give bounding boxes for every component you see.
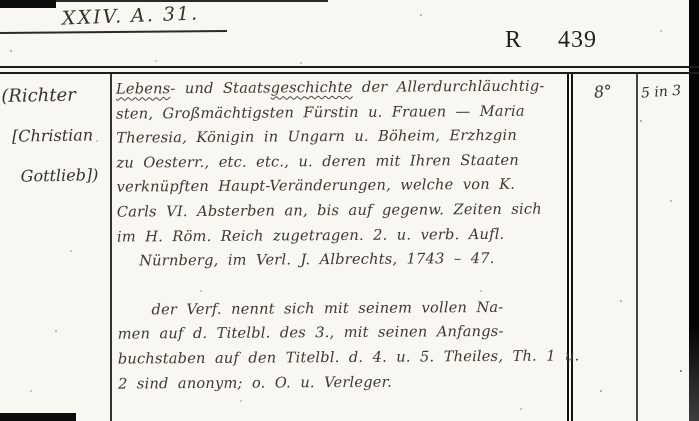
- author-line: [Christian: [2, 115, 108, 157]
- header-double-rule: [0, 66, 699, 74]
- catalog-card: XXIV. A. 31. R439 (Richter[ChristianGott…: [0, 0, 699, 421]
- shelfmark-underline: [0, 30, 227, 34]
- author-line: Gottlieb]): [2, 155, 108, 197]
- scan-noise-speckles: [0, 0, 2, 2]
- text-line: 2 sind anonym; o. O. u. Verleger.: [118, 369, 568, 397]
- text-line: men auf d. Titelbl. des 3., mit seinen A…: [118, 320, 568, 348]
- text-line: Lebens- und Staatsgeschichte der Allerdu…: [116, 74, 566, 102]
- text-line: Theresia, Königin in Ungarn u. Böheim, E…: [116, 124, 566, 152]
- text-line: Carls VI. Absterben an, bis auf gegenw. …: [117, 197, 567, 225]
- author-line: (Richter: [1, 75, 107, 117]
- text-line: buchstaben auf den Titelbl. d. 4. u. 5. …: [118, 344, 568, 372]
- scan-artifact-bottom-bar: [0, 413, 76, 421]
- text-segment: der Allerdurchläuchtig-: [352, 78, 544, 96]
- main-text: Lebens- und Staatsgeschichte der Allerdu…: [116, 74, 568, 396]
- volumes-cell: 5 in 3: [640, 82, 687, 101]
- text-line: sten, Großmächtigsten Fürstin u. Frauen …: [116, 99, 566, 127]
- format-cell: 8°: [572, 79, 634, 104]
- scan-artifact-top-left: [0, 0, 56, 8]
- text-segment: - und Staats: [170, 79, 270, 97]
- call-number: R439: [505, 27, 597, 54]
- text-line: der Verf. nennt sich mit seinem vollen N…: [117, 295, 567, 323]
- text-line: Nürnberg, im Verl. J. Albrechts, 1743 – …: [117, 247, 567, 275]
- underlined-word: Lebens: [116, 80, 171, 97]
- shelfmark-handwritten: XXIV. A. 31.: [62, 0, 253, 29]
- call-digits: 439: [558, 27, 597, 53]
- author-column-divider: [110, 74, 112, 421]
- scan-artifact-right-edge: [689, 0, 699, 421]
- text-line: zu Oesterr., etc. etc., u. deren mit Ihr…: [116, 148, 566, 176]
- format-column-divider: [636, 74, 638, 421]
- text-line: verknüpften Haupt-Veränderungen, welche …: [117, 173, 567, 201]
- text-line: im H. Röm. Reich zugetragen. 2. u. verb.…: [117, 222, 567, 250]
- underlined-word: geschichte: [271, 79, 353, 97]
- call-letter: R: [505, 27, 522, 53]
- author-heading: (Richter[ChristianGottlieb]): [1, 75, 108, 197]
